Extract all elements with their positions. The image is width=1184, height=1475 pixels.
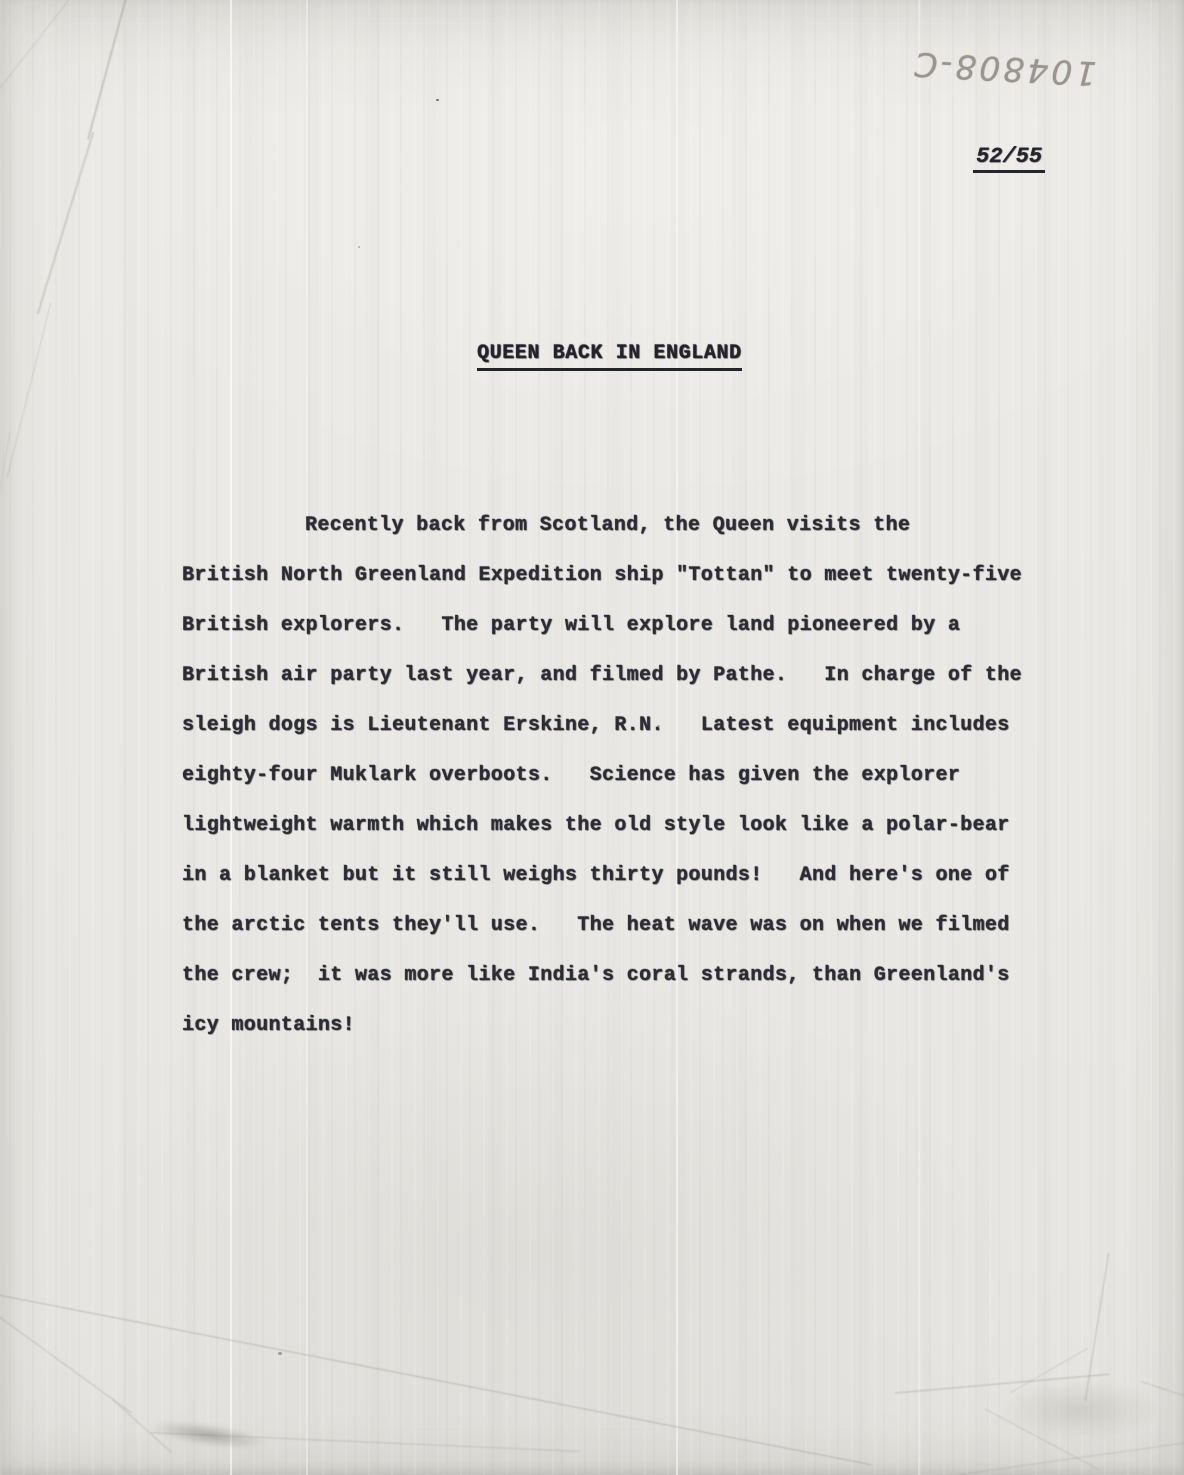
script-line: British air party last year, and filmed …: [182, 664, 1042, 714]
paper-speck: [278, 1352, 282, 1355]
script-line: icy mountains!: [182, 1014, 1042, 1064]
script-line: Recently back from Scotland, the Queen v…: [182, 514, 1042, 564]
crease-bottom: [0, 1292, 872, 1466]
crease-top-left: [36, 132, 94, 315]
scanned-document-page: 104808-C 52/55 QUEEN BACK IN ENGLAND Rec…: [0, 0, 1184, 1475]
script-line: the crew; it was more like India's coral…: [182, 964, 1042, 1014]
script-body: Recently back from Scotland, the Queen v…: [182, 514, 1042, 1064]
script-line: in a blanket but it still weighs thirty …: [182, 864, 1042, 914]
paper-speck: [358, 246, 360, 248]
crease-top-left: [87, 0, 129, 140]
paper-speck: [436, 99, 439, 101]
document-title: QUEEN BACK IN ENGLAND: [477, 342, 742, 371]
handwritten-catalog-number: 104808-C: [891, 23, 1099, 94]
script-line: lightweight warmth which makes the old s…: [182, 814, 1042, 864]
crease-bottom-right: [941, 1440, 1184, 1475]
script-line: sleigh dogs is Lieutenant Erskine, R.N. …: [182, 714, 1042, 764]
script-line: eighty-four Muklark overboots. Science h…: [182, 764, 1042, 814]
script-line: British North Greenland Expedition ship …: [182, 564, 1042, 614]
crease-bottom-right: [1084, 1253, 1109, 1401]
script-line: the arctic tents they'll use. The heat w…: [182, 914, 1042, 964]
wrinkle-shadow: [1000, 1380, 1160, 1440]
page-number: 52/55: [973, 144, 1045, 173]
crease-top-left: [6, 302, 51, 477]
script-line: British explorers. The party will explor…: [182, 614, 1042, 664]
corner-fold-top-left: [0, 0, 70, 103]
